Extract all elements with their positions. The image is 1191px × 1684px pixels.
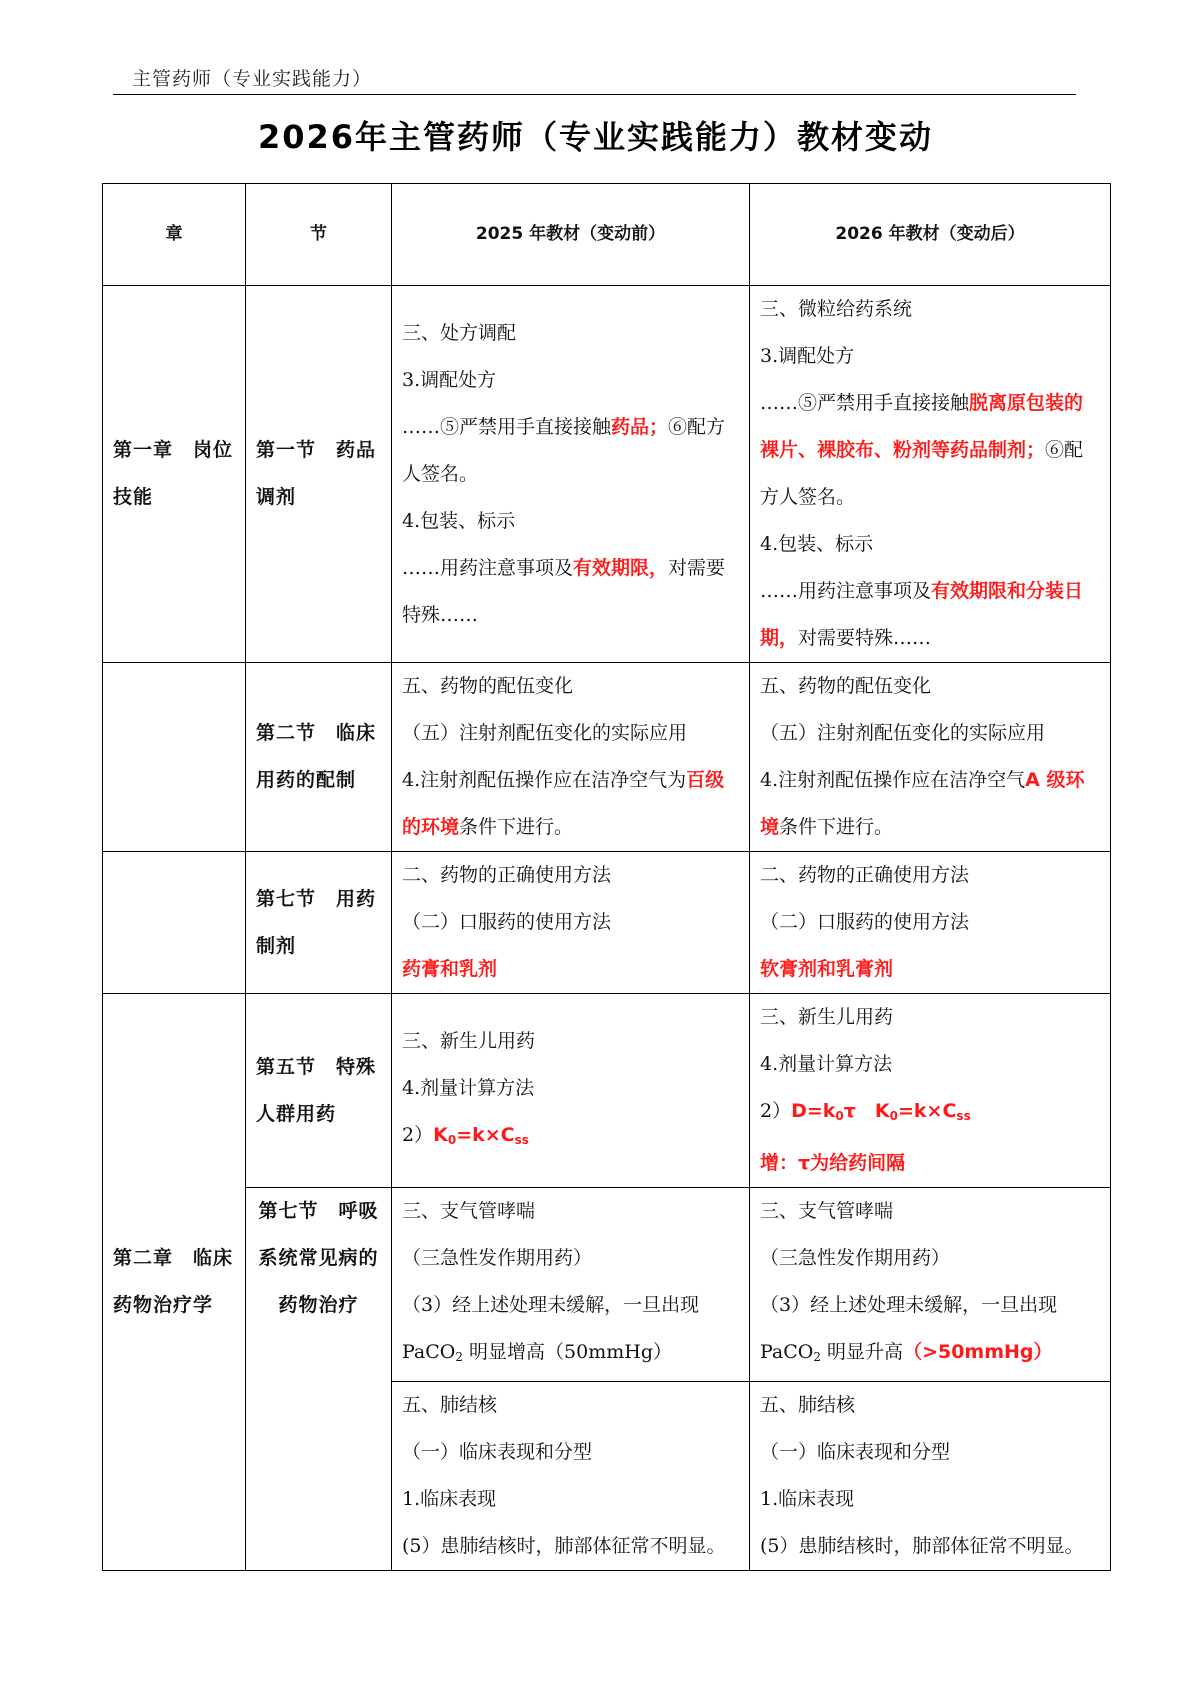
text-line: 五、药物的配伍变化 — [402, 663, 739, 710]
text-line: 3.调配处方 — [760, 333, 1100, 380]
changed-text: 软膏剂和乳膏剂 — [760, 958, 893, 980]
text-segment: 五、药物的配伍变化 — [402, 675, 573, 697]
changed-text: 0 — [448, 1133, 456, 1147]
text-segment: ……⑤严禁用手直接接触 — [402, 416, 611, 438]
table-row: 第七节 用药制剂 二、药物的正确使用方法（二）口服药的使用方法药膏和乳剂 二、药… — [103, 852, 1111, 994]
before-cell: 三、处方调配3.调配处方……⑤严禁用手直接接触药品；⑥配方人签名。4.包装、标示… — [392, 286, 750, 663]
text-segment: (5）患肺结核时，肺部体征常不明显。 — [760, 1535, 1084, 1557]
changes-table: 章 节 2025 年教材（变动前） 2026 年教材（变动后） 第一章 岗位技能… — [102, 183, 1111, 1571]
text-line: 4.剂量计算方法 — [760, 1041, 1100, 1088]
text-line: （3）经上述处理未缓解，一旦出现 — [402, 1282, 739, 1329]
text-line: （三急性发作期用药） — [402, 1235, 739, 1282]
changed-text: 0 — [890, 1109, 898, 1123]
text-line: 4.注射剂配伍操作应在洁净空气A 级环境条件下进行。 — [760, 757, 1100, 851]
text-segment: 明显升高 — [821, 1341, 903, 1363]
text-segment: 二、药物的正确使用方法 — [402, 864, 611, 886]
text-line: （五）注射剂配伍变化的实际应用 — [760, 710, 1100, 757]
table-row: 第七节 呼吸系统常见病的药物治疗 三、支气管哮喘（三急性发作期用药）（3）经上述… — [103, 1188, 1111, 1382]
changed-text: ss — [956, 1109, 970, 1123]
text-segment: 4.注射剂配伍操作应在洁净空气 — [760, 769, 1025, 791]
after-cell: 三、微粒给药系统3.调配处方……⑤严禁用手直接接触脱离原包装的裸片、裸胶布、粉剂… — [750, 286, 1111, 663]
header-after: 2026 年教材（变动后） — [750, 184, 1111, 286]
text-line: 三、支气管哮喘 — [402, 1188, 739, 1235]
changed-text: 增：τ为给药间隔 — [760, 1152, 905, 1174]
text-line: 4.包装、标示 — [402, 498, 739, 545]
after-cell: 三、支气管哮喘（三急性发作期用药）（3）经上述处理未缓解，一旦出现PaCO2 明… — [750, 1188, 1111, 1382]
after-cell: 三、新生儿用药4.剂量计算方法2）D=k0τ K0=k×Css增：τ为给药间隔 — [750, 994, 1111, 1188]
text-line: 五、肺结核 — [760, 1382, 1100, 1429]
text-line: 4.剂量计算方法 — [402, 1065, 739, 1112]
text-line: (5）患肺结核时，肺部体征常不明显。 — [760, 1523, 1100, 1570]
after-cell: 五、药物的配伍变化（五）注射剂配伍变化的实际应用4.注射剂配伍操作应在洁净空气A… — [750, 663, 1111, 852]
changed-text: 有效期限， — [573, 557, 668, 579]
text-segment: 三、处方调配 — [402, 322, 516, 344]
text-line: (5）患肺结核时，肺部体征常不明显。 — [402, 1523, 739, 1570]
text-segment: （三急性发作期用药） — [402, 1247, 592, 1269]
text-segment: (5）患肺结核时，肺部体征常不明显。 — [402, 1535, 726, 1557]
text-segment: 3.调配处方 — [402, 369, 496, 391]
changed-text: 药品； — [611, 416, 668, 438]
text-segment: 4.包装、标示 — [402, 510, 515, 532]
text-segment: 对需要特殊…… — [798, 627, 931, 649]
section-cell: 第一节 药品调剂 — [246, 286, 392, 663]
text-segment: 五、药物的配伍变化 — [760, 675, 931, 697]
chapter-cell: 第一章 岗位技能 — [103, 286, 246, 663]
text-segment: ……⑤严禁用手直接接触 — [760, 392, 969, 414]
text-segment: 二、药物的正确使用方法 — [760, 864, 969, 886]
text-segment: 2） — [402, 1124, 433, 1146]
section-cell: 第五节 特殊人群用药 — [246, 994, 392, 1188]
chapter-cell: 第二章 临床药物治疗学 — [103, 994, 246, 1571]
text-line: 3.调配处方 — [402, 357, 739, 404]
text-segment: 三、支气管哮喘 — [760, 1200, 893, 1222]
text-segment: 4.剂量计算方法 — [760, 1053, 892, 1075]
text-segment: PaCO — [760, 1341, 813, 1363]
text-segment: （三急性发作期用药） — [760, 1247, 950, 1269]
text-segment: ……用药注意事项及 — [760, 580, 931, 602]
header-rule — [113, 94, 1076, 95]
text-segment: （一）临床表现和分型 — [760, 1441, 950, 1463]
text-line: 三、处方调配 — [402, 310, 739, 357]
text-line: 五、药物的配伍变化 — [760, 663, 1100, 710]
text-segment: 条件下进行。 — [779, 816, 893, 838]
table-header-row: 章 节 2025 年教材（变动前） 2026 年教材（变动后） — [103, 184, 1111, 286]
text-segment: 三、支气管哮喘 — [402, 1200, 535, 1222]
text-segment: 五、肺结核 — [402, 1394, 497, 1416]
text-segment: PaCO — [402, 1341, 455, 1363]
text-line: （二）口服药的使用方法 — [760, 899, 1100, 946]
text-line: ……用药注意事项及有效期限，对需要特殊…… — [402, 545, 739, 639]
section-cell: 第七节 用药制剂 — [246, 852, 392, 994]
text-segment: 1.临床表现 — [402, 1488, 496, 1510]
before-cell: 二、药物的正确使用方法（二）口服药的使用方法药膏和乳剂 — [392, 852, 750, 994]
text-line: 2）D=k0τ K0=k×Css — [760, 1088, 1100, 1140]
changed-text: τ K — [844, 1100, 890, 1122]
after-cell: 五、肺结核（一）临床表现和分型1.临床表现(5）患肺结核时，肺部体征常不明显。 — [750, 1382, 1111, 1571]
text-segment: 三、新生儿用药 — [760, 1006, 893, 1028]
text-line: （一）临床表现和分型 — [760, 1429, 1100, 1476]
changed-text: 0 — [835, 1109, 843, 1123]
text-segment: 4.包装、标示 — [760, 533, 873, 555]
text-segment: 明显增高（50mmHg） — [463, 1341, 672, 1363]
before-cell: 五、肺结核（一）临床表现和分型1.临床表现(5）患肺结核时，肺部体征常不明显。 — [392, 1382, 750, 1571]
text-segment: 条件下进行。 — [459, 816, 573, 838]
text-line: 4.包装、标示 — [760, 521, 1100, 568]
text-segment: （五）注射剂配伍变化的实际应用 — [760, 722, 1045, 744]
changed-text: 药膏和乳剂 — [402, 958, 497, 980]
table-row: 第二节 临床用药的配制 五、药物的配伍变化（五）注射剂配伍变化的实际应用4.注射… — [103, 663, 1111, 852]
text-segment: （二）口服药的使用方法 — [402, 911, 611, 933]
section-cell: 第二节 临床用药的配制 — [246, 663, 392, 852]
text-segment: 4.剂量计算方法 — [402, 1077, 534, 1099]
text-segment: （3）经上述处理未缓解，一旦出现 — [760, 1294, 1057, 1316]
text-line: 三、微粒给药系统 — [760, 286, 1100, 333]
text-line: 1.临床表现 — [402, 1476, 739, 1523]
text-segment: 五、肺结核 — [760, 1394, 855, 1416]
text-line: 三、新生儿用药 — [760, 994, 1100, 1041]
text-line: 4.注射剂配伍操作应在洁净空气为百级的环境条件下进行。 — [402, 757, 739, 851]
changed-text: D=k — [791, 1100, 835, 1122]
text-line: （二）口服药的使用方法 — [402, 899, 739, 946]
header-section: 节 — [246, 184, 392, 286]
text-line: （三急性发作期用药） — [760, 1235, 1100, 1282]
text-segment: 4.注射剂配伍操作应在洁净空气为 — [402, 769, 686, 791]
text-line: （五）注射剂配伍变化的实际应用 — [402, 710, 739, 757]
before-cell: 三、支气管哮喘（三急性发作期用药）（3）经上述处理未缓解，一旦出现PaCO2 明… — [392, 1188, 750, 1382]
running-header: 主管药师（专业实践能力） — [132, 64, 372, 91]
text-line: 1.临床表现 — [760, 1476, 1100, 1523]
text-segment: 2 — [455, 1350, 463, 1364]
text-segment: 三、微粒给药系统 — [760, 298, 912, 320]
changed-text: =k×C — [898, 1100, 956, 1122]
changed-text: （>50mmHg） — [903, 1341, 1052, 1363]
text-line: ……用药注意事项及有效期限和分装日期，对需要特殊…… — [760, 568, 1100, 662]
chapter-cell — [103, 852, 246, 994]
text-segment: 3.调配处方 — [760, 345, 854, 367]
text-line: 五、肺结核 — [402, 1382, 739, 1429]
before-cell: 五、药物的配伍变化（五）注射剂配伍变化的实际应用4.注射剂配伍操作应在洁净空气为… — [392, 663, 750, 852]
header-before: 2025 年教材（变动前） — [392, 184, 750, 286]
text-line: （3）经上述处理未缓解，一旦出现 — [760, 1282, 1100, 1329]
changed-text: K — [433, 1124, 448, 1146]
table-row: 第一章 岗位技能 第一节 药品调剂 三、处方调配3.调配处方……⑤严禁用手直接接… — [103, 286, 1111, 663]
chapter-cell — [103, 663, 246, 852]
header-chapter: 章 — [103, 184, 246, 286]
text-line: 二、药物的正确使用方法 — [760, 852, 1100, 899]
text-line: 2）K0=k×Css — [402, 1112, 739, 1164]
text-line: （一）临床表现和分型 — [402, 1429, 739, 1476]
after-cell: 二、药物的正确使用方法（二）口服药的使用方法软膏剂和乳膏剂 — [750, 852, 1111, 994]
page-title: 2026年主管药师（专业实践能力）教材变动 — [0, 112, 1191, 158]
text-line: 药膏和乳剂 — [402, 946, 739, 993]
text-segment: （二）口服药的使用方法 — [760, 911, 969, 933]
text-line: 增：τ为给药间隔 — [760, 1140, 1100, 1187]
text-segment: 1.临床表现 — [760, 1488, 854, 1510]
changed-text: =k×C — [456, 1124, 514, 1146]
text-segment: （一）临床表现和分型 — [402, 1441, 592, 1463]
text-line: ……⑤严禁用手直接接触脱离原包装的裸片、裸胶布、粉剂等药品制剂；⑥配方人签名。 — [760, 380, 1100, 521]
text-segment: （五）注射剂配伍变化的实际应用 — [402, 722, 687, 744]
text-line: PaCO2 明显升高（>50mmHg） — [760, 1329, 1100, 1381]
table-row: 第二章 临床药物治疗学 第五节 特殊人群用药 三、新生儿用药4.剂量计算方法2）… — [103, 994, 1111, 1188]
text-line: 三、支气管哮喘 — [760, 1188, 1100, 1235]
text-line: ……⑤严禁用手直接接触药品；⑥配方人签名。 — [402, 404, 739, 498]
before-cell: 三、新生儿用药4.剂量计算方法2）K0=k×Css — [392, 994, 750, 1188]
section-cell: 第七节 呼吸系统常见病的药物治疗 — [246, 1188, 392, 1571]
text-line: PaCO2 明显增高（50mmHg） — [402, 1329, 739, 1381]
text-segment: （3）经上述处理未缓解，一旦出现 — [402, 1294, 699, 1316]
text-segment: 2） — [760, 1100, 791, 1122]
text-line: 软膏剂和乳膏剂 — [760, 946, 1100, 993]
changed-text: ss — [515, 1133, 529, 1147]
text-segment: 2 — [813, 1350, 821, 1364]
text-segment: 三、新生儿用药 — [402, 1030, 535, 1052]
text-line: 三、新生儿用药 — [402, 1018, 739, 1065]
text-segment: ……用药注意事项及 — [402, 557, 573, 579]
text-line: 二、药物的正确使用方法 — [402, 852, 739, 899]
